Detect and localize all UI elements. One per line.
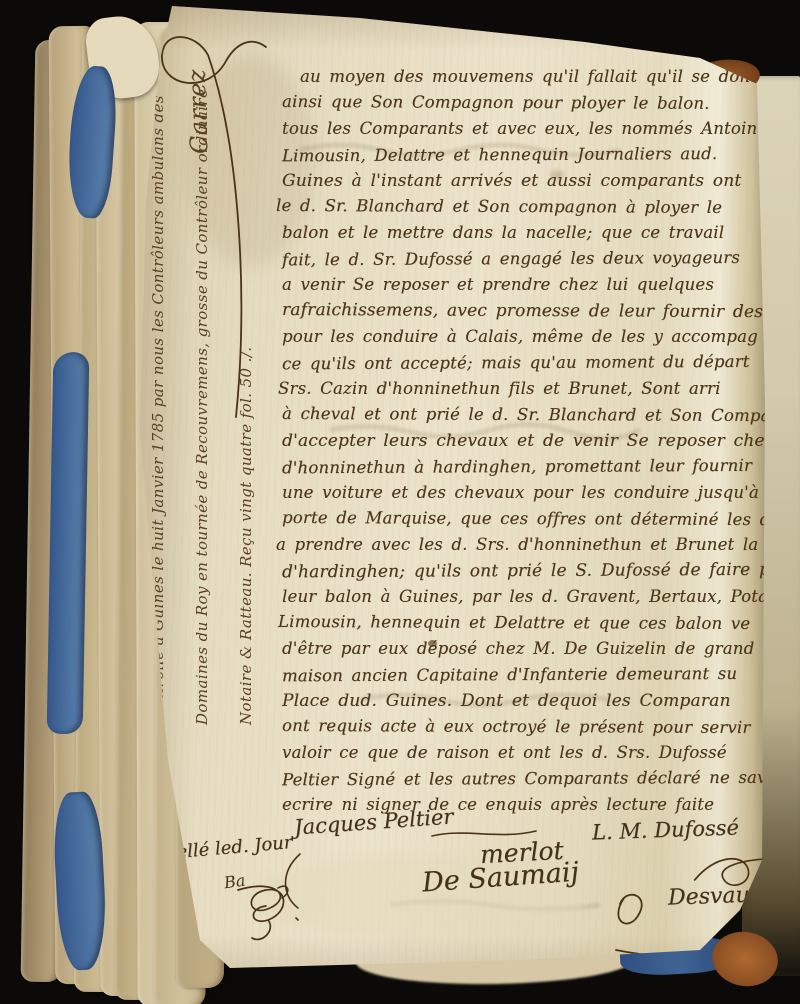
text-line: balon et le mettre dans la nacelle; que … <box>282 220 774 246</box>
margin-note: Contrôllé à Guines le huit Janvier 1785 … <box>136 25 294 725</box>
text-line: maison ancien Capitaine d'Infanterie dem… <box>282 661 774 690</box>
photo-of-open-manuscript-book: 10- Contrôllé à Guines le huit Janvier 1… <box>0 0 800 1004</box>
seal-initials: Ba <box>223 871 247 893</box>
text-line: Guines à l'instant arrivés et aussi comp… <box>282 168 774 194</box>
text-line: valoir ce que de raison et ont les d. Sr… <box>282 740 774 766</box>
text-line: leur balon à Guines, par les d. Gravent,… <box>282 584 774 610</box>
text-line: ainsi que Son Compagnon pour ployer le b… <box>282 89 774 117</box>
text-line: a venir Se reposer et prendre chez lui q… <box>282 272 774 298</box>
text-line: Limousin, hennequin et Delattre et que c… <box>278 609 774 637</box>
body-text: au moyen des mouvemens qu'il fallait qu'… <box>282 64 774 818</box>
margin-flourish <box>272 848 308 932</box>
text-line: d'accepter leurs chevaux et de venir Se … <box>282 428 774 454</box>
text-line: d'hardinghen; qu'ils ont prié le S. Dufo… <box>282 557 774 586</box>
text-line: Limousin, Delattre et hennequin Journali… <box>282 141 774 170</box>
text-line: ont requis acte à eux octroyé le présent… <box>282 713 774 741</box>
text-line: fait, le d. Sr. Dufossé a engagé les deu… <box>282 245 774 274</box>
text-line: rafraichissemens, avec promesse de leur … <box>282 297 774 325</box>
blue-cover-edge <box>47 352 90 735</box>
text-line: à cheval et ont prié le d. Sr. Blanchard… <box>282 401 774 429</box>
text-line: d'être par eux déposé chez M. De Guizeli… <box>282 636 774 662</box>
text-line: porte de Marquise, que ces offres ont dé… <box>282 505 774 533</box>
text-line: tous les Comparants et avec eux, les nom… <box>282 116 774 142</box>
manuscript-page: 10- Contrôllé à Guines le huit Janvier 1… <box>130 0 778 1004</box>
text-line: pour les conduire à Calais, même de les … <box>282 324 774 350</box>
text-line: Peltier Signé et les autres Comparants d… <box>282 765 774 794</box>
text-line: au moyen des mouvemens qu'il fallait qu'… <box>300 64 774 90</box>
text-line: a prendre avec les d. Srs. d'honninethun… <box>276 532 774 558</box>
text-line: le d. Sr. Blanchard et Son compagnon à p… <box>276 193 774 221</box>
text-line: ce qu'ils ont accepté; mais qu'au moment… <box>282 349 774 378</box>
signature-dufosse: L. M. Dufossé <box>592 815 740 844</box>
text-line: Place dud. Guines. Dont et dequoi les Co… <box>282 688 774 714</box>
text-line: une voiture et des chevaux pour les cond… <box>282 480 774 506</box>
text-line: Srs. Cazin d'honninethun fils et Brunet,… <box>278 376 774 402</box>
text-line: d'honninethun à hardinghen, promettant l… <box>282 453 774 482</box>
margin-signature-paraph <box>136 17 286 447</box>
